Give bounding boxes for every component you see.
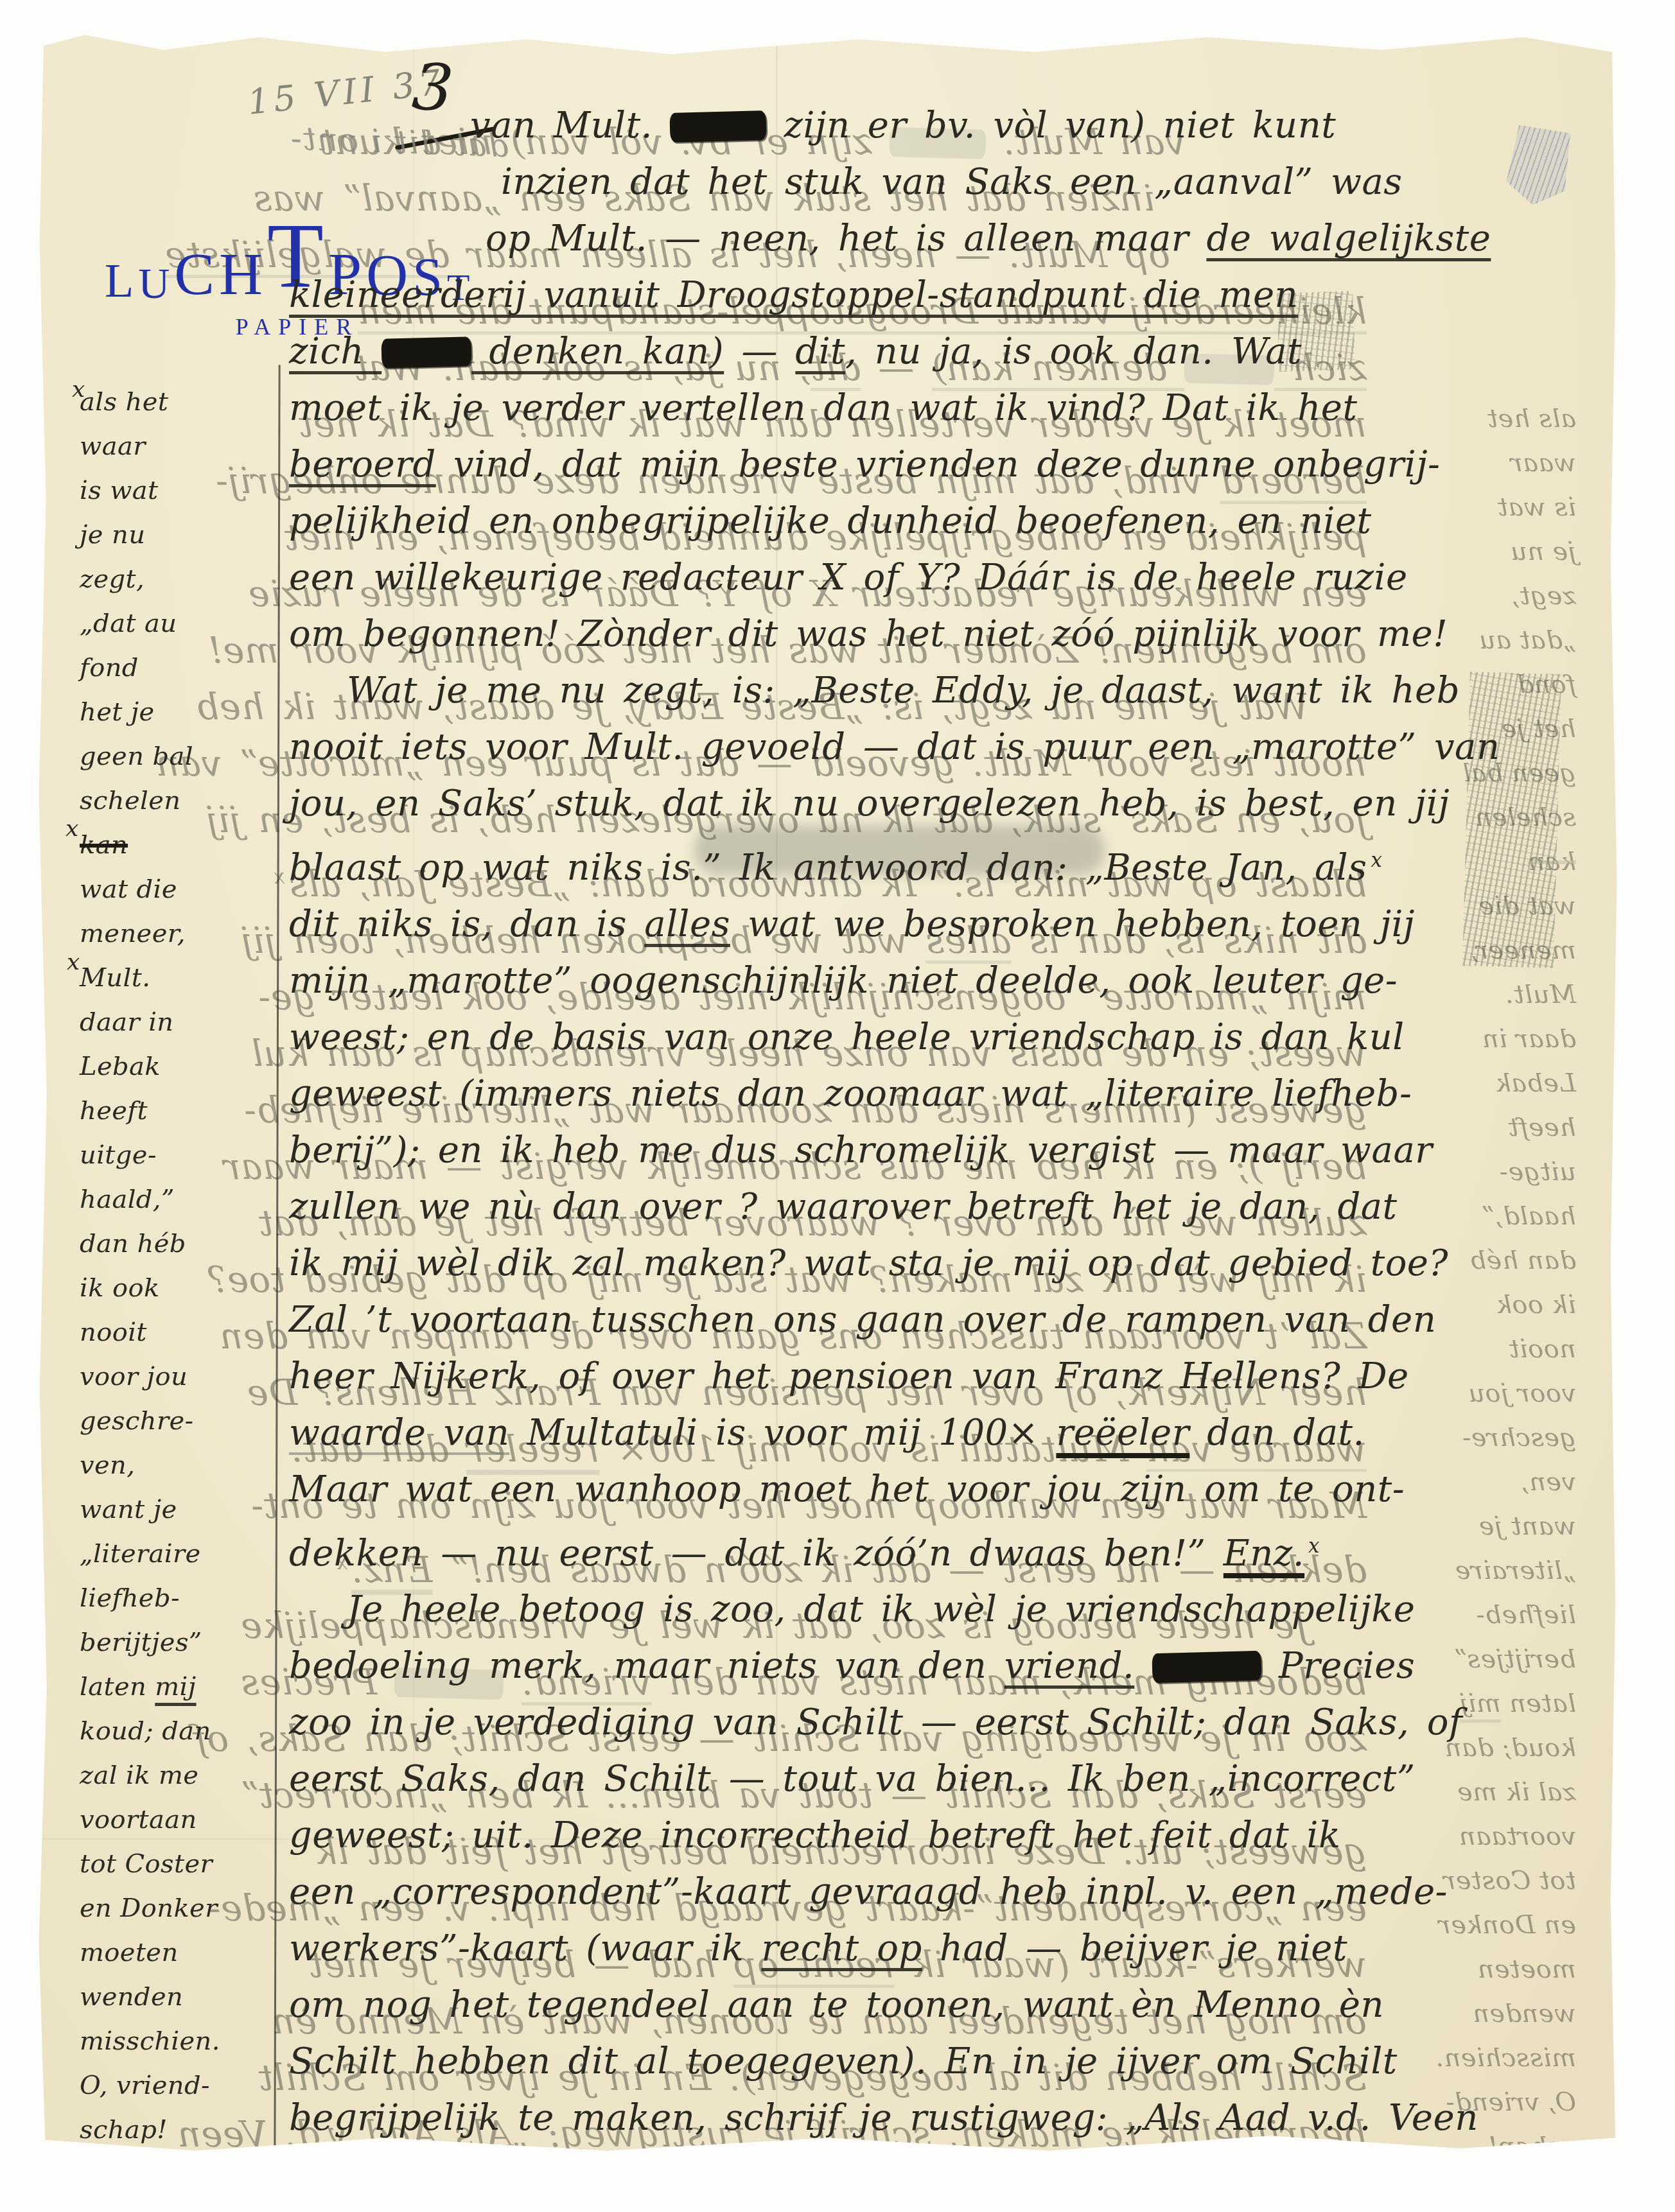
margin-line: schap!: [80, 2108, 276, 2152]
body-line: pelijkheid en onbegrijpelijke dunheid be…: [289, 493, 1625, 550]
margin-line: geen bal: [80, 735, 276, 779]
margin-line: je nu: [80, 513, 276, 557]
body-line: weest; en de basis van onze heele vriend…: [289, 1009, 1625, 1066]
body-line: een willekeurige redacteur X of Y? Dáár …: [289, 550, 1625, 606]
body-line: geweest (immers niets dan zoomaar wat „l…: [289, 1066, 1625, 1122]
margin-line: kan: [80, 823, 276, 867]
margin-line: zal ik me: [80, 1754, 276, 1798]
body-line: waarde van Multatuli is voor mij 100× re…: [289, 1405, 1625, 1461]
margin-line: is wat: [80, 469, 276, 513]
margin-line: als het: [80, 380, 276, 424]
margin-line: wat die: [80, 867, 276, 912]
margin-line: geschre-: [80, 1399, 276, 1443]
body-line: kleineerderij vanuit Droogstoppel-standp…: [289, 267, 1625, 324]
margin-line: liefheb-: [80, 1576, 276, 1621]
margin-line: nooit: [80, 1311, 276, 1355]
body-line: om begonnen! Zònder dit was het niet zóó…: [289, 606, 1625, 663]
margin-line: koud; dan: [80, 1709, 276, 1754]
ink-blot: [1152, 1651, 1261, 1683]
margin-line: tot Coster: [80, 1842, 276, 1886]
margin-line: schelen: [80, 779, 276, 823]
margin-line: want je: [80, 1488, 276, 1532]
body-line: bedoeling merk, maar niets van den vrien…: [289, 1638, 1625, 1694]
margin-line: Mult.: [80, 956, 276, 1000]
margin-line: dan héb: [80, 1222, 276, 1266]
letter-body: van Mult. zijn er bv. vòl van) niet kunt…: [289, 98, 1625, 2147]
body-line: werkers”-kaart (waar ik recht op had — b…: [289, 1920, 1625, 1977]
body-line: dekken — nu eerst — dat ik zóó’n dwaas b…: [289, 1518, 1625, 1582]
body-line: zich denken kan) — dit, nu ja, is ook da…: [289, 324, 1625, 380]
margin-line: het je: [80, 690, 276, 735]
footnote-marker: x: [66, 815, 78, 842]
margin-line: „dat au: [80, 602, 276, 646]
margin-line: ik ook: [80, 1266, 276, 1311]
margin-line: haald,”: [80, 1178, 276, 1222]
body-line: jou, en Saks’ stuk, dat ik nu overgeleze…: [289, 776, 1625, 832]
margin-line: fond: [80, 646, 276, 690]
margin-line: O, vriend-: [80, 2064, 276, 2108]
margin-line: voor jou: [80, 1355, 276, 1399]
body-line: beroerd vind, dat mijn beste vrienden de…: [289, 437, 1625, 493]
body-line: moet ik je verder vertellen dan wat ik v…: [289, 380, 1625, 437]
body-line: begrijpelijk te maken, schrijf je rustig…: [289, 2090, 1625, 2147]
margin-line: meneer,: [80, 912, 276, 956]
body-line: dit niks is, dan is alles wat we besprok…: [289, 896, 1625, 953]
body-line: ik mij wèl dik zal maken? wat sta je mij…: [289, 1235, 1625, 1292]
margin-line: misschien.: [80, 2019, 276, 2064]
body-line: berij”); en ik heb me dus schromelijk ve…: [289, 1122, 1625, 1179]
ink-blot: [381, 336, 472, 369]
margin-line: en Donker: [80, 1886, 276, 1931]
body-line: zoo in je verdediging van Schilt — eerst…: [289, 1694, 1625, 1751]
margin-note: als hetwaaris watje nuzegt,„dat aufondhe…: [80, 380, 276, 2152]
body-line: Wat je me nu zegt, is: „Beste Eddy, je d…: [347, 663, 1625, 719]
body-line: van Mult. zijn er bv. vòl van) niet kunt: [470, 98, 1625, 154]
body-line: heer Nijkerk, of over het pensioen van F…: [289, 1348, 1625, 1405]
body-line: een „correspondent”-kaart gevraagd heb i…: [289, 1864, 1625, 1920]
body-line: geweest; uit. Deze incorrectheid betreft…: [289, 1807, 1625, 1864]
footnote-marker: x: [67, 949, 80, 975]
margin-line: berijtjes”: [80, 1621, 276, 1665]
body-line: zullen we nù dan over ? waarover betreft…: [289, 1179, 1625, 1235]
margin-line: heeft: [80, 1089, 276, 1133]
margin-line: uitge-: [80, 1133, 276, 1178]
ink-blot: [670, 110, 767, 143]
margin-line: „literaire: [80, 1532, 276, 1576]
body-line: om nog het tegendeel aan te toonen, want…: [289, 1977, 1625, 2033]
margin-line: daar in: [80, 1000, 276, 1045]
body-line: nooit iets voor Mult. gevoeld — dat is p…: [289, 719, 1625, 776]
body-line: blaast op wat niks is.” Ik antwoord dan:…: [289, 832, 1625, 896]
scanned-letter-page: van Mult. zijn er bv. vòl van) niet kunt…: [0, 0, 1675, 2212]
margin-line: ven,: [80, 1443, 276, 1488]
letter-sheet: van Mult. zijn er bv. vòl van) niet kunt…: [37, 31, 1618, 2155]
body-line: Schilt hebben dit al toegegeven). En in …: [289, 2033, 1625, 2090]
body-line: Maar wat een wanhoop moet het voor jou z…: [289, 1461, 1625, 1518]
margin-line: moeten: [80, 1931, 276, 1975]
body-line: op Mult. — neen, het is alleen maar de w…: [486, 211, 1625, 267]
margin-line: Lebak: [80, 1045, 276, 1089]
body-line: Zal ’t voortaan tusschen ons gaan over d…: [289, 1292, 1625, 1348]
body-line: Je heele betoog is zoo, dat ik wèl je vr…: [347, 1581, 1625, 1638]
margin-line: wenden: [80, 1975, 276, 2019]
body-line: eerst Saks, dan Schilt — tout va bien...…: [289, 1751, 1625, 1807]
margin-line: waar: [80, 424, 276, 469]
body-line: inzien dat het stuk van Saks een „aanval…: [501, 154, 1625, 211]
margin-line: zegt,: [80, 557, 276, 602]
body-line: mijn „marotte” oogenschijnlijk niet deel…: [289, 953, 1625, 1009]
margin-line: voortaan: [80, 1798, 276, 1842]
margin-line: laten mij: [80, 1665, 276, 1709]
